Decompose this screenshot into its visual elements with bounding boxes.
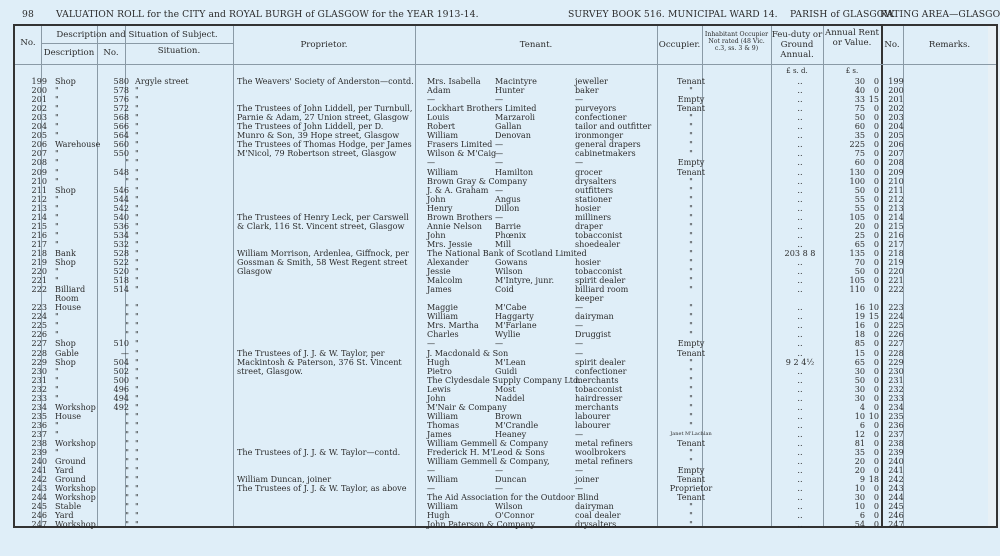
- col-header-situation: Situation.: [125, 46, 233, 56]
- header-rule: [41, 43, 233, 44]
- proprietor-line: The Trustees of J. J. & W. Taylor—contd.: [237, 447, 557, 457]
- proprietor-line: & Clark, 116 St. Vincent street, Glasgow: [237, 221, 557, 231]
- entry-number-right: 247: [883, 519, 909, 529]
- proprietor-line: Glasgow: [237, 266, 557, 276]
- proprietor-line: M'Nicol, 79 Robertson street, Glasgow: [237, 148, 557, 158]
- col-header-tenant: Tenant.: [415, 40, 657, 50]
- header-rule: [15, 64, 996, 65]
- page-header: 98 VALUATION ROLL for the CITY and ROYAL…: [0, 9, 1000, 23]
- rating-area: RATING AREA—GLASGOW.: [880, 9, 1000, 20]
- col-header-occupier: Occupier.: [657, 40, 702, 50]
- municipal-ward: MUNICIPAL WARD 14.: [668, 9, 778, 20]
- entry-number: 247: [19, 519, 47, 529]
- rent-units: £ s.: [823, 66, 881, 76]
- col-header-inhabitant: Inhabitant Occupier Not rated (48 Vic. c…: [702, 31, 771, 52]
- feu-duty: ..: [773, 519, 827, 529]
- survey-book: SURVEY BOOK 516.: [568, 9, 665, 20]
- page-number: 98: [22, 9, 34, 20]
- table-row: 247Workshop""John Paterson & Companydrys…: [15, 519, 1000, 529]
- valuation-ledger-table: No. Description and Situation of Subject…: [13, 24, 998, 528]
- col-header-proprietor: Proprietor.: [233, 40, 415, 50]
- rent-shillings: 0: [865, 519, 879, 529]
- feu-units: £ s. d.: [771, 66, 823, 76]
- col-header-annual-rent: Annual Rent or Value.: [823, 28, 881, 48]
- col-header-no-right: No.: [881, 40, 903, 50]
- col-header-feu-duty: Feu-duty or Ground Annual.: [771, 30, 823, 60]
- proprietor-line: The Weavers' Society of Anderston—contd.: [237, 76, 557, 86]
- roll-title: VALUATION ROLL for the CITY and ROYAL BU…: [56, 9, 479, 20]
- col-header-street-no: No.: [97, 48, 125, 58]
- proprietor-line: The Trustees of J. J. & W. Taylor, as ab…: [237, 483, 557, 493]
- situation: ": [135, 519, 235, 529]
- occupier: ": [665, 519, 717, 529]
- col-header-description: Description: [41, 48, 97, 58]
- col-header-desc-group: Description and Situation of Subject.: [41, 30, 233, 40]
- tenant-forename: John Paterson & Company: [427, 519, 535, 529]
- rent-pounds: 54: [835, 519, 865, 529]
- col-header-no: No.: [15, 38, 41, 48]
- col-header-remarks: Remarks.: [903, 40, 996, 50]
- tenant-occupation: drysalters: [575, 519, 616, 529]
- street-number: ": [101, 519, 129, 529]
- proprietor-line: street, Glasgow.: [237, 366, 557, 376]
